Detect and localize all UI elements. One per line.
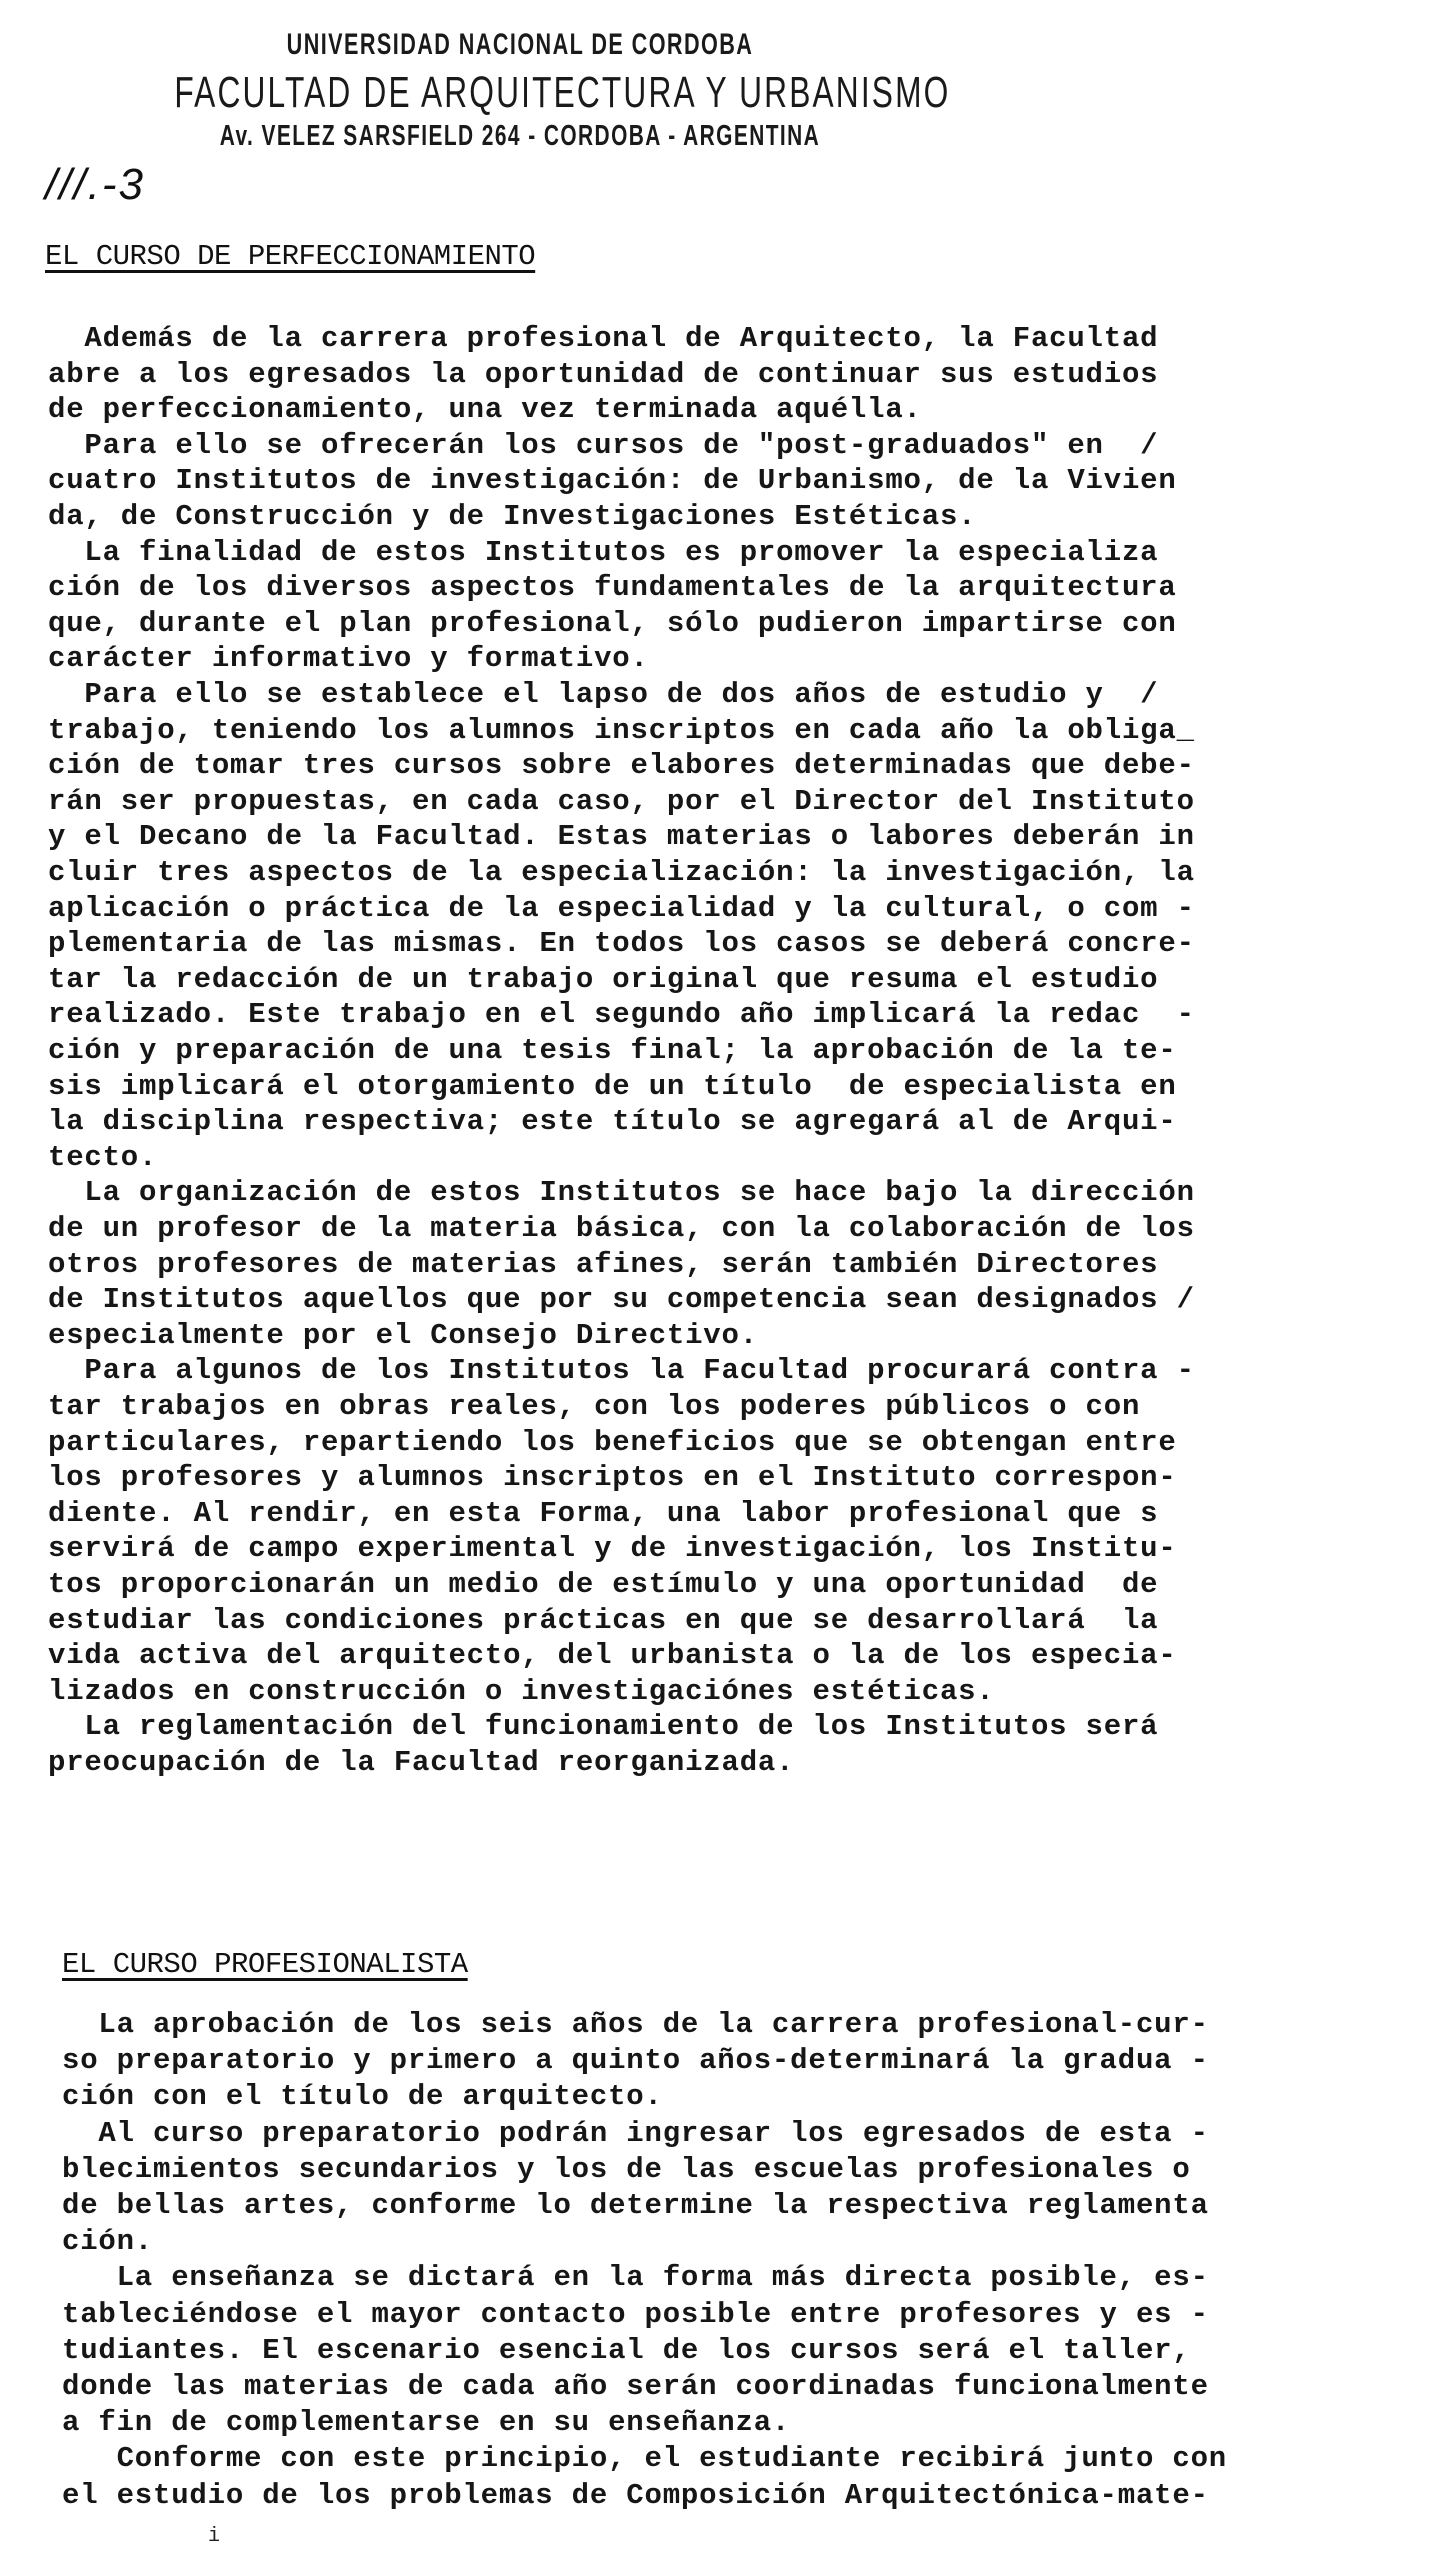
text-line: la disciplina respectiva; este título se… [48,1105,1177,1138]
text-line: La aprobación de los seis años de la car… [62,2008,1209,2041]
text-line: tos proporcionarán un medio de estímulo … [48,1568,1158,1601]
text-line: de perfeccionamiento, una vez terminada … [48,393,922,426]
text-line: los profesores y alumnos inscriptos en e… [48,1461,1177,1494]
text-line: otros profesores de materias afines, ser… [48,1248,1158,1281]
text-line: particulares, repartiendo los beneficios… [48,1426,1177,1459]
text-line: preocupación de la Facultad reorganizada… [48,1746,794,1779]
text-line: cluir tres aspectos de la especializació… [48,856,1195,889]
text-line: realizado. Este trabajo en el segundo añ… [48,998,1195,1031]
text-line: La organización de estos Institutos se h… [48,1176,1195,1209]
text-line: servirá de campo experimental y de inves… [48,1532,1177,1565]
text-line: ción con el título de arquitecto. [62,2080,663,2113]
text-line: trabajo, teniendo los alumnos inscriptos… [48,714,1195,747]
text-line: Para ello se ofrecerán los cursos de "po… [48,429,1158,462]
text-line: La reglamentación del funcionamiento de … [48,1710,1158,1743]
text-line: ción y preparación de una tesis final; l… [48,1034,1177,1067]
text-line: especialmente por el Consejo Directivo. [48,1319,758,1352]
text-line: vida activa del arquitecto, del urbanist… [48,1639,1177,1672]
text-line: y el Decano de la Facultad. Estas materi… [48,820,1195,853]
text-line: sis implicará el otorgamiento de un títu… [48,1070,1177,1103]
text-line: La finalidad de estos Institutos es prom… [48,536,1158,569]
text-line: La enseñanza se dictará en la forma más … [62,2261,1209,2294]
text-line: tudiantes. El escenario esencial de los … [62,2334,1191,2367]
text-line: a fin de complementarse en su enseñanza. [62,2406,790,2439]
text-line: blecimientos secundarios y los de las es… [62,2153,1191,2186]
stray-mark: i [208,2525,220,2548]
text-line: de Institutos aquellos que por su compet… [48,1283,1195,1316]
document-page: UNIVERSIDAD NACIONAL DE CORDOBA FACULTAD… [0,0,1431,2560]
text-line: so preparatorio y primero a quinto años-… [62,2044,1209,2077]
text-line: cuatro Institutos de investigación: de U… [48,464,1177,497]
section-heading-perfeccionamiento: EL CURSO DE PERFECCIONAMIENTO [45,240,535,273]
text-line: de bellas artes, conforme lo determine l… [62,2189,1209,2222]
letterhead-address: Av. VELEZ SARSFIELD 264 - CORDOBA - ARGE… [174,120,865,153]
text-line: diente. Al rendir, en esta Forma, una la… [48,1497,1158,1530]
text-line: tecto. [48,1141,157,1174]
text-line: plementaria de las mismas. En todos los … [48,927,1195,960]
text-line: Conforme con este principio, el estudian… [62,2442,1227,2475]
text-line: el estudio de los problemas de Composici… [62,2479,1209,2512]
text-line: tar la redacción de un trabajo original … [48,963,1158,996]
text-line: rán ser propuestas, en cada caso, por el… [48,785,1195,818]
page-number: ///.-3 [45,160,145,210]
text-line: lizados en construcción o investigacióne… [48,1675,995,1708]
text-line: carácter informativo y formativo. [48,642,649,675]
text-line: tableciéndose el mayor contacto posible … [62,2298,1209,2331]
text-line: de un profesor de la materia básica, con… [48,1212,1195,1245]
letterhead-faculty: FACULTAD DE ARQUITECTURA Y URBANISMO [174,68,865,118]
text-line: Al curso preparatorio podrán ingresar lo… [62,2117,1209,2150]
text-line: estudiar las condiciones prácticas en qu… [48,1604,1158,1637]
text-line: Además de la carrera profesional de Arqu… [48,322,1158,355]
text-line: ción. [62,2225,153,2258]
text-line: que, durante el plan profesional, sólo p… [48,607,1177,640]
text-line: abre a los egresados la oportunidad de c… [48,358,1158,391]
text-line: tar trabajos en obras reales, con los po… [48,1390,1140,1423]
text-line: ción de los diversos aspectos fundamenta… [48,571,1177,604]
text-line: donde las materias de cada año serán coo… [62,2370,1209,2403]
letterhead-university: UNIVERSIDAD NACIONAL DE CORDOBA [174,28,865,62]
section-heading-profesionalista: EL CURSO PROFESIONALISTA [62,1948,468,1981]
text-line: da, de Construcción y de Investigaciones… [48,500,976,533]
text-line: Para ello se establece el lapso de dos a… [48,678,1158,711]
text-line: ción de tomar tres cursos sobre elabores… [48,749,1195,782]
text-line: Para algunos de los Institutos la Facult… [48,1354,1195,1387]
text-line: aplicación o práctica de la especialidad… [48,892,1195,925]
